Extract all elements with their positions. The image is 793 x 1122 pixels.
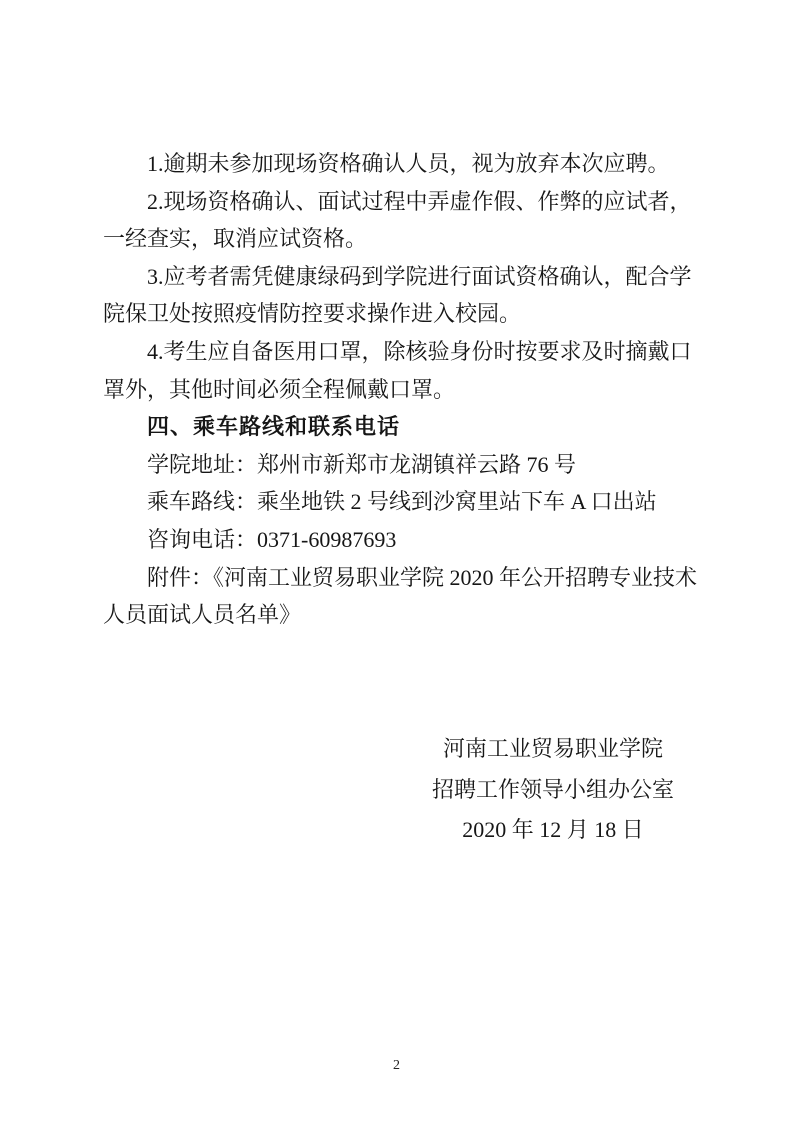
contact-phone-line: 咨询电话：0371-60987693	[103, 521, 693, 559]
notice-item-1: 1.逾期未参加现场资格确认人员，视为放弃本次应聘。	[103, 145, 693, 183]
document-body: 1.逾期未参加现场资格确认人员，视为放弃本次应聘。 2.现场资格确认、面试过程中…	[103, 145, 693, 634]
attachment-line-2: 人员面试人员名单》	[103, 596, 693, 634]
section-heading: 四、乘车路线和联系电话	[103, 408, 693, 446]
attachment-line-1: 附件：《河南工业贸易职业学院 2020 年公开招聘专业技术	[103, 559, 693, 597]
signature-block: 河南工业贸易职业学院 招聘工作领导小组办公室 2020 年 12 月 18 日	[408, 729, 698, 851]
notice-item-3-line-1: 3.应考者需凭健康绿码到学院进行面试资格确认，配合学	[103, 258, 693, 296]
signature-office-name: 招聘工作领导小组办公室	[408, 770, 698, 811]
page-number: 2	[0, 1058, 793, 1074]
notice-item-2-line-2: 一经查实，取消应试资格。	[103, 220, 693, 258]
notice-item-4-line-1: 4.考生应自备医用口罩，除核验身份时按要求及时摘戴口	[103, 333, 693, 371]
notice-item-2-line-1: 2.现场资格确认、面试过程中弄虚作假、作弊的应试者，	[103, 183, 693, 221]
notice-item-3-line-2: 院保卫处按照疫情防控要求操作进入校园。	[103, 295, 693, 333]
signature-org-name: 河南工业贸易职业学院	[408, 729, 698, 770]
signature-date: 2020 年 12 月 18 日	[408, 810, 698, 851]
contact-route-line: 乘车路线：乘坐地铁 2 号线到沙窝里站下车 A 口出站	[103, 483, 693, 521]
document-page: 1.逾期未参加现场资格确认人员，视为放弃本次应聘。 2.现场资格确认、面试过程中…	[0, 0, 793, 1122]
contact-address-line: 学院地址：郑州市新郑市龙湖镇祥云路 76 号	[103, 446, 693, 484]
notice-item-4-line-2: 罩外，其他时间必须全程佩戴口罩。	[103, 371, 693, 409]
